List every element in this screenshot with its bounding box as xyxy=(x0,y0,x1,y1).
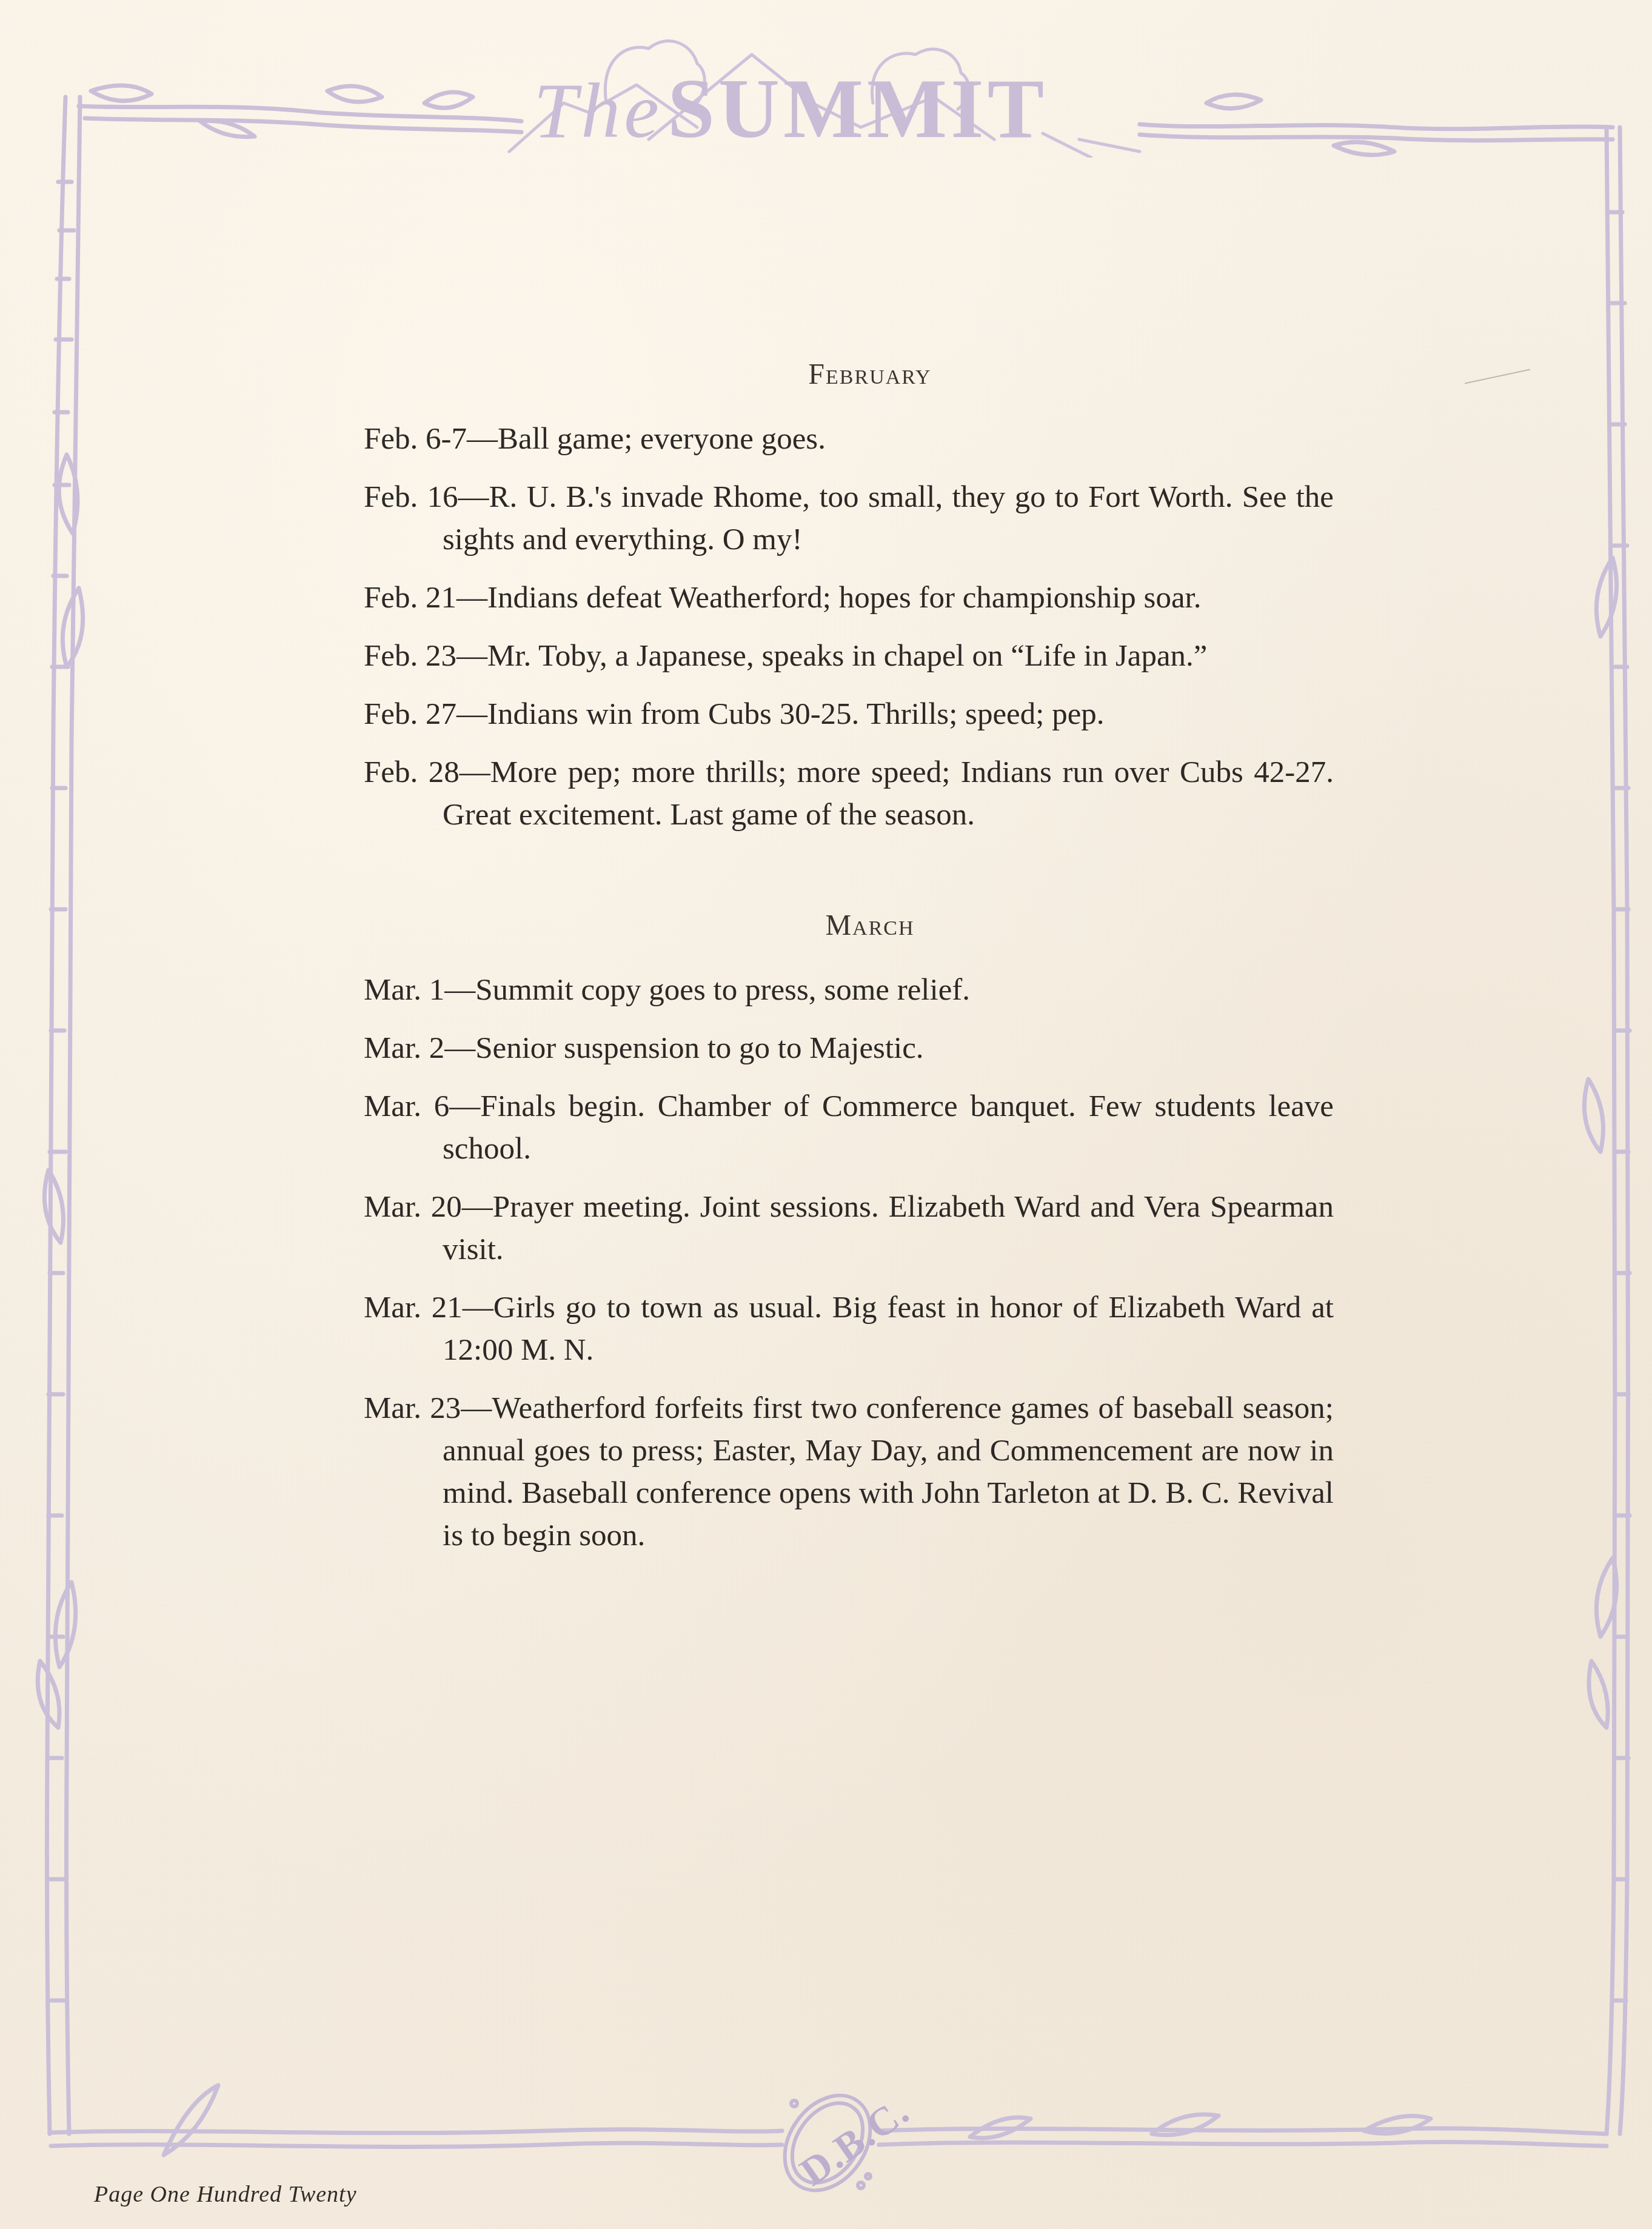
entry-text: Prayer meeting. Joint sessions. Elizabet… xyxy=(443,1190,1334,1266)
entry-text: Summit copy goes to press, some relief. xyxy=(475,973,970,1007)
entry-text: Mr. Toby, a Japanese, speaks in chapel o… xyxy=(487,639,1207,673)
calendar-entry: Feb. 16—R. U. B.'s invade Rhome, too sma… xyxy=(364,476,1334,561)
entry-text: More pep; more thrills; more speed; Indi… xyxy=(443,755,1334,832)
entry-separator: — xyxy=(456,697,487,731)
entry-text: Ball game; everyone goes. xyxy=(498,422,826,456)
entry-text: Girls go to town as usual. Big feast in … xyxy=(443,1291,1334,1367)
entry-date: Feb. 23 xyxy=(364,639,456,673)
entry-text: R. U. B.'s invade Rhome, too small, they… xyxy=(443,480,1334,556)
entry-text: Senior suspension to go to Majestic. xyxy=(475,1031,923,1065)
entry-date: Mar. 6 xyxy=(364,1089,449,1123)
entry-date: Feb. 6-7 xyxy=(364,422,467,456)
entry-date: Feb. 27 xyxy=(364,697,456,731)
entry-separator: — xyxy=(463,1291,493,1325)
entry-date: Feb. 16 xyxy=(364,480,458,514)
calendar-entry: Feb. 21—Indians defeat Weatherford; hope… xyxy=(364,576,1334,619)
entry-separator: — xyxy=(456,581,487,615)
section-heading-march: March xyxy=(364,909,1334,942)
entry-text: Weatherford forfeits first two conferenc… xyxy=(443,1391,1334,1552)
yearbook-title: TheSUMMIT xyxy=(533,67,1048,152)
entry-date: Mar. 2 xyxy=(364,1031,444,1065)
calendar-entry: Mar. 20—Prayer meeting. Joint sessions. … xyxy=(364,1186,1334,1271)
march-section: March Mar. 1—Summit copy goes to press, … xyxy=(364,909,1334,1557)
entry-text: Finals begin. Chamber of Commerce banque… xyxy=(443,1089,1334,1166)
february-section: February Feb. 6-7—Ball game; everyone go… xyxy=(364,358,1334,836)
title-main: SUMMIT xyxy=(667,62,1048,156)
entry-separator: — xyxy=(456,639,487,673)
calendar-entry: Mar. 21—Girls go to town as usual. Big f… xyxy=(364,1286,1334,1371)
calendar-entry: Feb. 28—More pep; more thrills; more spe… xyxy=(364,751,1334,836)
entry-text: Indians win from Cubs 30-25. Thrills; sp… xyxy=(487,697,1105,731)
entry-separator: — xyxy=(444,1031,475,1065)
entry-text: Indians defeat Weatherford; hopes for ch… xyxy=(487,581,1202,615)
entry-date: Mar. 21 xyxy=(364,1291,463,1325)
page-number: Page One Hundred Twenty xyxy=(94,2181,357,2208)
calendar-entry: Feb. 6-7—Ball game; everyone goes. xyxy=(364,418,1334,460)
section-heading-february: February xyxy=(364,358,1334,391)
calendar-entry: Mar. 2—Senior suspension to go to Majest… xyxy=(364,1027,1334,1069)
entry-date: Feb. 28 xyxy=(364,755,460,789)
entry-separator: — xyxy=(461,1391,492,1425)
entry-separator: — xyxy=(444,973,475,1007)
entry-date: Mar. 1 xyxy=(364,973,444,1007)
entry-separator: — xyxy=(449,1089,480,1123)
entry-separator: — xyxy=(460,755,490,789)
calendar-entry: Mar. 1—Summit copy goes to press, some r… xyxy=(364,969,1334,1011)
entry-separator: — xyxy=(458,480,489,514)
entry-date: Feb. 21 xyxy=(364,581,456,615)
entry-separator: — xyxy=(467,422,498,456)
calendar-entry: Feb. 27—Indians win from Cubs 30-25. Thr… xyxy=(364,693,1334,735)
entry-separator: — xyxy=(462,1190,493,1224)
title-prefix: The xyxy=(533,67,663,155)
entry-date: Mar. 23 xyxy=(364,1391,461,1425)
calendar-entry: Feb. 23—Mr. Toby, a Japanese, speaks in … xyxy=(364,635,1334,677)
calendar-entry: Mar. 23—Weatherford forfeits first two c… xyxy=(364,1387,1334,1557)
calendar-entry: Mar. 6—Finals begin. Chamber of Commerce… xyxy=(364,1085,1334,1170)
calendar-content: February Feb. 6-7—Ball game; everyone go… xyxy=(364,358,1334,1572)
entry-date: Mar. 20 xyxy=(364,1190,462,1224)
